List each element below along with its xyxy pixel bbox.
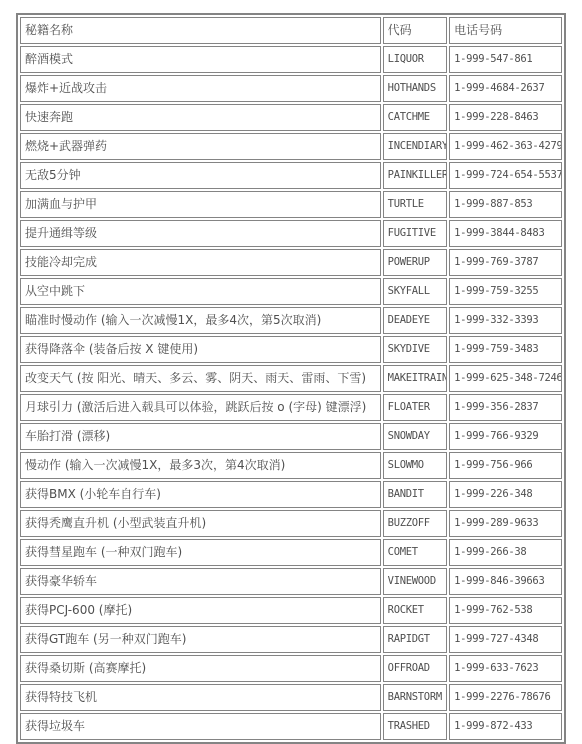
cell-code: TURTLE: [383, 191, 447, 218]
table-row: 快速奔跑CATCHME1-999-228-8463: [20, 104, 562, 131]
cell-phone: 1-999-766-9329: [449, 423, 562, 450]
cell-phone: 1-999-887-853: [449, 191, 562, 218]
cell-phone: 1-999-332-3393: [449, 307, 562, 334]
cell-code: LIQUOR: [383, 46, 447, 73]
cell-name: 快速奔跑: [20, 104, 381, 131]
table-row: 技能冷却完成POWERUP1-999-769-3787: [20, 249, 562, 276]
cell-phone: 1-999-727-4348: [449, 626, 562, 653]
cell-phone: 1-999-756-966: [449, 452, 562, 479]
header-row: 秘籍名称 代码 电话号码: [20, 17, 562, 44]
cheat-code-table: 秘籍名称 代码 电话号码 醉酒模式LIQUOR1-999-547-861爆炸+近…: [16, 13, 566, 744]
cell-phone: 1-999-633-7623: [449, 655, 562, 682]
cell-code: OFFROAD: [383, 655, 447, 682]
cell-phone: 1-999-462-363-4279: [449, 133, 562, 160]
cell-name: 醉酒模式: [20, 46, 381, 73]
cell-phone: 1-999-759-3483: [449, 336, 562, 363]
cell-name: 无敌5分钟: [20, 162, 381, 189]
table-row: 爆炸+近战攻击HOTHANDS1-999-4684-2637: [20, 75, 562, 102]
column-header-code: 代码: [383, 17, 447, 44]
table-row: 获得桑切斯 (高赛摩托)OFFROAD1-999-633-7623: [20, 655, 562, 682]
table-row: 提升通缉等级FUGITIVE1-999-3844-8483: [20, 220, 562, 247]
table-row: 获得彗星跑车 (一种双门跑车)COMET1-999-266-38: [20, 539, 562, 566]
cell-name: 改变天气 (按 阳光、晴天、多云、雾、阴天、雨天、雷雨、下雪): [20, 365, 381, 392]
cheat-table-body: 醉酒模式LIQUOR1-999-547-861爆炸+近战攻击HOTHANDS1-…: [20, 46, 562, 740]
table-row: 月球引力 (激活后进入载具可以体验，跳跃后按 o (字母) 键漂浮)FLOATE…: [20, 394, 562, 421]
table-row: 醉酒模式LIQUOR1-999-547-861: [20, 46, 562, 73]
cell-phone: 1-999-4684-2637: [449, 75, 562, 102]
table-row: 慢动作 (输入一次减慢1X，最多3次，第4次取消)SLOWMO1-999-756…: [20, 452, 562, 479]
table-row: 获得BMX (小轮车自行车)BANDIT1-999-226-348: [20, 481, 562, 508]
table-row: 获得PCJ-600 (摩托)ROCKET1-999-762-538: [20, 597, 562, 624]
cell-code: RAPIDGT: [383, 626, 447, 653]
cell-code: TRASHED: [383, 713, 447, 740]
cell-code: CATCHME: [383, 104, 447, 131]
cell-phone: 1-999-289-9633: [449, 510, 562, 537]
cell-phone: 1-999-547-861: [449, 46, 562, 73]
cell-name: 技能冷却完成: [20, 249, 381, 276]
cell-phone: 1-999-846-39663: [449, 568, 562, 595]
cell-phone: 1-999-228-8463: [449, 104, 562, 131]
cell-code: ROCKET: [383, 597, 447, 624]
cell-phone: 1-999-769-3787: [449, 249, 562, 276]
cell-phone: 1-999-356-2837: [449, 394, 562, 421]
cell-name: 获得垃圾车: [20, 713, 381, 740]
table-row: 获得特技飞机BARNSTORM1-999-2276-78676: [20, 684, 562, 711]
column-header-phone: 电话号码: [449, 17, 562, 44]
cell-name: 提升通缉等级: [20, 220, 381, 247]
cell-code: COMET: [383, 539, 447, 566]
cell-name: 月球引力 (激活后进入载具可以体验，跳跃后按 o (字母) 键漂浮): [20, 394, 381, 421]
cell-code: FLOATER: [383, 394, 447, 421]
cell-name: 获得GT跑车 (另一种双门跑车): [20, 626, 381, 653]
cell-code: SNOWDAY: [383, 423, 447, 450]
cell-phone: 1-999-872-433: [449, 713, 562, 740]
cell-code: SKYFALL: [383, 278, 447, 305]
cell-code: BUZZOFF: [383, 510, 447, 537]
cell-phone: 1-999-724-654-5537: [449, 162, 562, 189]
cell-phone: 1-999-2276-78676: [449, 684, 562, 711]
cell-name: 获得豪华轿车: [20, 568, 381, 595]
table-header: 秘籍名称 代码 电话号码: [20, 17, 562, 44]
table-row: 加满血与护甲TURTLE1-999-887-853: [20, 191, 562, 218]
cell-phone: 1-999-762-538: [449, 597, 562, 624]
table-row: 改变天气 (按 阳光、晴天、多云、雾、阴天、雨天、雷雨、下雪)MAKEITRAI…: [20, 365, 562, 392]
table-row: 燃烧+武器弹药INCENDIARY1-999-462-363-4279: [20, 133, 562, 160]
table-row: 获得降落伞 (装备后按 X 键使用)SKYDIVE1-999-759-3483: [20, 336, 562, 363]
cell-name: 车胎打滑 (漂移): [20, 423, 381, 450]
cell-phone: 1-999-759-3255: [449, 278, 562, 305]
cell-name: 瞄准时慢动作 (输入一次减慢1X，最多4次，第5次取消): [20, 307, 381, 334]
table-row: 瞄准时慢动作 (输入一次减慢1X，最多4次，第5次取消)DEADEYE1-999…: [20, 307, 562, 334]
cell-name: 燃烧+武器弹药: [20, 133, 381, 160]
table-row: 车胎打滑 (漂移)SNOWDAY1-999-766-9329: [20, 423, 562, 450]
cell-code: INCENDIARY: [383, 133, 447, 160]
cell-name: 获得秃鹰直升机 (小型武装直升机): [20, 510, 381, 537]
cell-name: 爆炸+近战攻击: [20, 75, 381, 102]
cell-name: 获得降落伞 (装备后按 X 键使用): [20, 336, 381, 363]
cell-code: HOTHANDS: [383, 75, 447, 102]
cell-name: 加满血与护甲: [20, 191, 381, 218]
cell-code: SKYDIVE: [383, 336, 447, 363]
cell-phone: 1-999-266-38: [449, 539, 562, 566]
table-row: 从空中跳下SKYFALL1-999-759-3255: [20, 278, 562, 305]
cell-name: 从空中跳下: [20, 278, 381, 305]
cell-phone: 1-999-226-348: [449, 481, 562, 508]
table-row: 获得豪华轿车VINEWOOD1-999-846-39663: [20, 568, 562, 595]
cell-name: 慢动作 (输入一次减慢1X，最多3次，第4次取消): [20, 452, 381, 479]
cell-name: 获得PCJ-600 (摩托): [20, 597, 381, 624]
cell-code: SLOWMO: [383, 452, 447, 479]
cell-code: FUGITIVE: [383, 220, 447, 247]
table-row: 获得垃圾车TRASHED1-999-872-433: [20, 713, 562, 740]
cell-name: 获得桑切斯 (高赛摩托): [20, 655, 381, 682]
cell-code: BARNSTORM: [383, 684, 447, 711]
cell-code: BANDIT: [383, 481, 447, 508]
column-header-cheat-name: 秘籍名称: [20, 17, 381, 44]
cell-code: VINEWOOD: [383, 568, 447, 595]
cell-phone: 1-999-625-348-7246: [449, 365, 562, 392]
cell-code: DEADEYE: [383, 307, 447, 334]
cell-code: POWERUP: [383, 249, 447, 276]
cell-code: PAINKILLER: [383, 162, 447, 189]
cell-name: 获得BMX (小轮车自行车): [20, 481, 381, 508]
table-row: 无敌5分钟PAINKILLER1-999-724-654-5537: [20, 162, 562, 189]
table-row: 获得秃鹰直升机 (小型武装直升机)BUZZOFF1-999-289-9633: [20, 510, 562, 537]
table-row: 获得GT跑车 (另一种双门跑车)RAPIDGT1-999-727-4348: [20, 626, 562, 653]
cell-name: 获得彗星跑车 (一种双门跑车): [20, 539, 381, 566]
cell-phone: 1-999-3844-8483: [449, 220, 562, 247]
cell-name: 获得特技飞机: [20, 684, 381, 711]
cell-code: MAKEITRAIN: [383, 365, 447, 392]
